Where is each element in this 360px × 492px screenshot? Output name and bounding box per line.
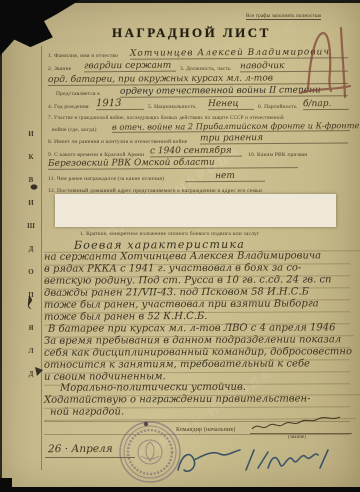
commander-handwriting <box>252 417 340 429</box>
scan-corner-bottom-left <box>0 478 12 492</box>
stamp-ink-dot <box>144 422 148 426</box>
scanned-award-document: ☆ ☆ ☆ ПАМЯТЬ НАРОДА ПАМЯТЬ НАРОДА Все гр… <box>0 0 360 492</box>
ink-graphics <box>0 0 360 492</box>
scan-edge-bottom <box>0 487 360 492</box>
archival-mark <box>300 28 350 97</box>
signature-ink <box>178 450 328 471</box>
scan-edge-left <box>0 0 2 492</box>
ink-mark <box>28 184 43 376</box>
round-stamp <box>120 422 180 482</box>
